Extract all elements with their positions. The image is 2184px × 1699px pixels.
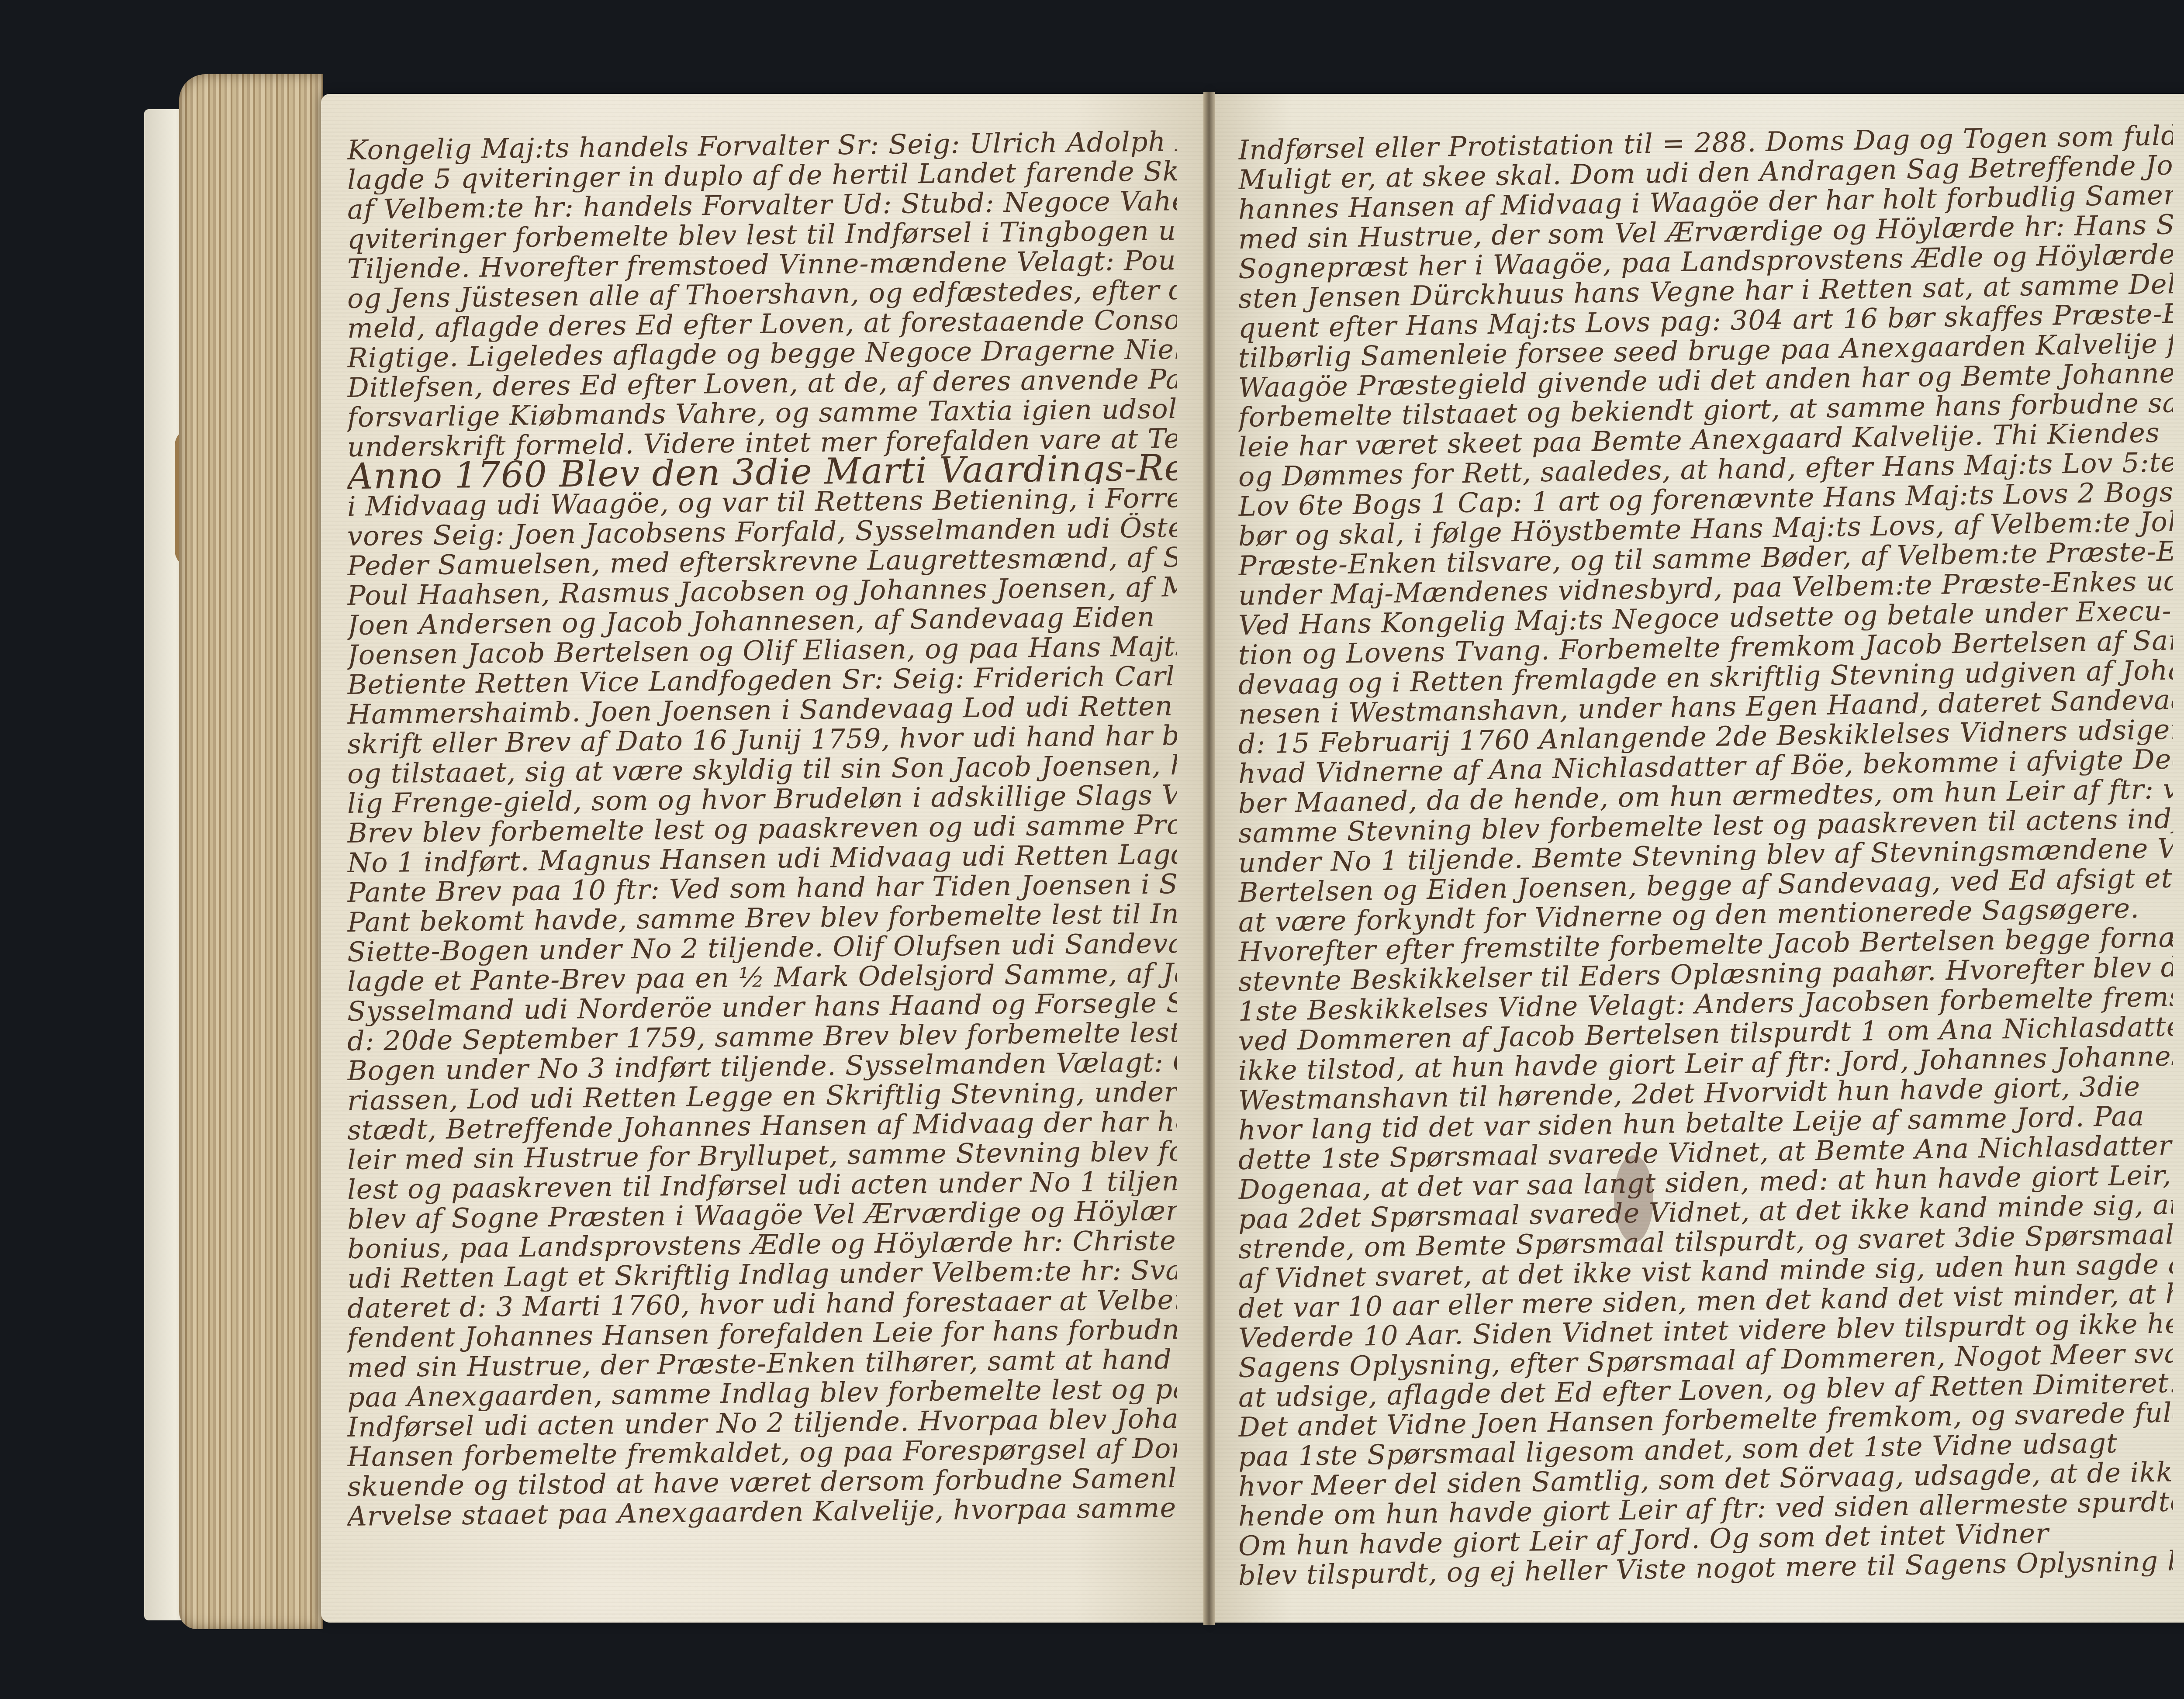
right-page-text: Indførsel eller Protistation til = 288. …: [1238, 135, 2173, 1591]
open-book: Kongelig Maj:ts handels Forvalter Sr: Se…: [0, 0, 2184, 1699]
ink-stain: [1614, 1155, 1653, 1243]
left-page-text: Kongelig Maj:ts handels Forvalter Sr: Se…: [347, 135, 1177, 1531]
left-page-edges: [179, 74, 323, 1629]
left-page: Kongelig Maj:ts handels Forvalter Sr: Se…: [321, 94, 1208, 1623]
book-gutter: [1203, 92, 1215, 1625]
right-page: Indførsel eller Protistation til = 288. …: [1212, 94, 2184, 1623]
